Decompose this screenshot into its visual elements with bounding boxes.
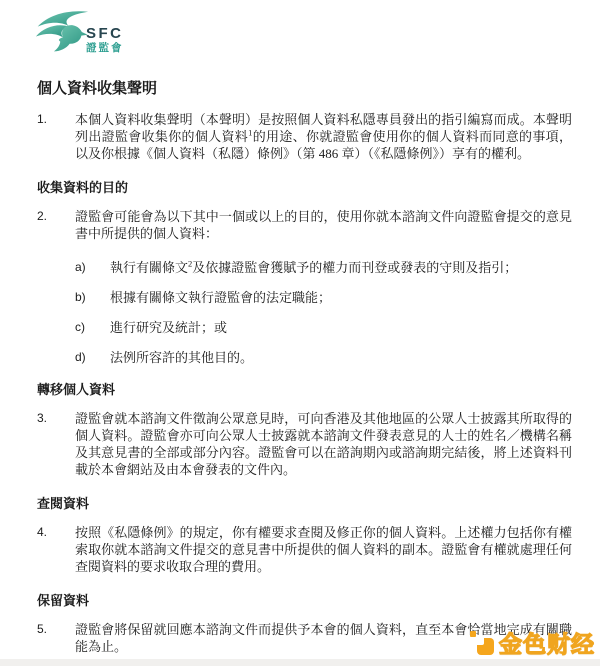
para-4-text: 按照《私隱條例》的規定，你有權要求查閱及修正你的個人資料。上述權力包括你有權索取… [75,524,572,575]
section-heading-transfer: 轉移個人資料 [37,381,572,398]
jinse-watermark-text: 金色财经 [499,626,595,659]
purpose-item-c: c) 進行研究及統計；或 [75,319,572,336]
sfc-acronym: SFC [86,26,124,42]
para-2-number: 2. [37,208,75,242]
purpose-item-a: a) 執行有關條文2及依據證監會獲賦予的權力而刊登或發表的守則及指引； [75,259,572,276]
para-1: 1. 本個人資料收集聲明（本聲明）是按照個人資料私隱專員發出的指引編寫而成。本聲… [37,111,572,162]
item-a-text: 執行有關條文2及依據證監會獲賦予的權力而刊登或發表的守則及指引； [110,259,572,276]
para-4: 4. 按照《私隱條例》的規定，你有權要求查閱及修正你的個人資料。上述權力包括你有… [37,524,572,575]
para-5-number: 5. [37,621,75,655]
item-c-text: 進行研究及統計；或 [110,319,572,336]
item-a-text-part2: 及依據證監會獲賦予的權力而刊登或發表的守則及指引； [192,260,517,275]
jinse-logo-big-square [477,638,494,655]
item-d-text: 法例所容許的其他目的。 [110,349,572,366]
item-d-letter: d) [75,349,110,366]
page-title: 個人資料收集聲明 [37,80,572,98]
para-1-number: 1. [37,111,75,162]
para-3-text: 證監會就本諮詢文件徵詢公眾意見時，可向香港及其他地區的公眾人士披露其所取得的個人… [75,410,572,478]
para-3-number: 3. [37,410,75,478]
purpose-item-b: b) 根據有關條文執行證監會的法定職能； [75,289,572,306]
item-c-letter: c) [75,319,110,336]
sfc-logo: SFC 證監會 [35,8,572,56]
purpose-item-d: d) 法例所容許的其他目的。 [75,349,572,366]
jinse-logo-notch [477,638,484,645]
para-3: 3. 證監會就本諮詢文件徵詢公眾意見時，可向香港及其他地區的公眾人士披露其所取得… [37,410,572,478]
para-2-text: 證監會可能會為以下其中一個或以上的目的，使用你就本諮詢文件向證監會提交的意見書中… [75,208,572,242]
document-page: SFC 證監會 個人資料收集聲明 1. 本個人資料收集聲明（本聲明）是按照個人資… [0,0,600,655]
bottom-strip [0,659,600,666]
section-heading-retention: 保留資料 [37,592,572,609]
para-1-text: 本個人資料收集聲明（本聲明）是按照個人資料私隱專員發出的指引編寫而成。本聲明列出… [75,111,572,162]
section-heading-purpose: 收集資料的目的 [37,179,572,196]
item-a-letter: a) [75,259,110,276]
item-a-text-part1: 執行有關條文 [110,260,188,275]
para-4-number: 4. [37,524,75,575]
item-b-letter: b) [75,289,110,306]
sfc-logo-text: SFC 證監會 [86,26,124,56]
para-2: 2. 證監會可能會為以下其中一個或以上的目的，使用你就本諮詢文件向證監會提交的意… [37,208,572,242]
section-heading-access: 查閱資料 [37,495,572,512]
jinse-logo-icon [470,631,494,655]
sfc-eagle-icon [35,8,89,56]
jinse-logo-small-square [470,631,476,637]
sfc-chinese-name: 證監會 [86,42,124,55]
item-b-text: 根據有關條文執行證監會的法定職能； [110,289,572,306]
jinse-watermark: 金色财经 [470,626,595,659]
